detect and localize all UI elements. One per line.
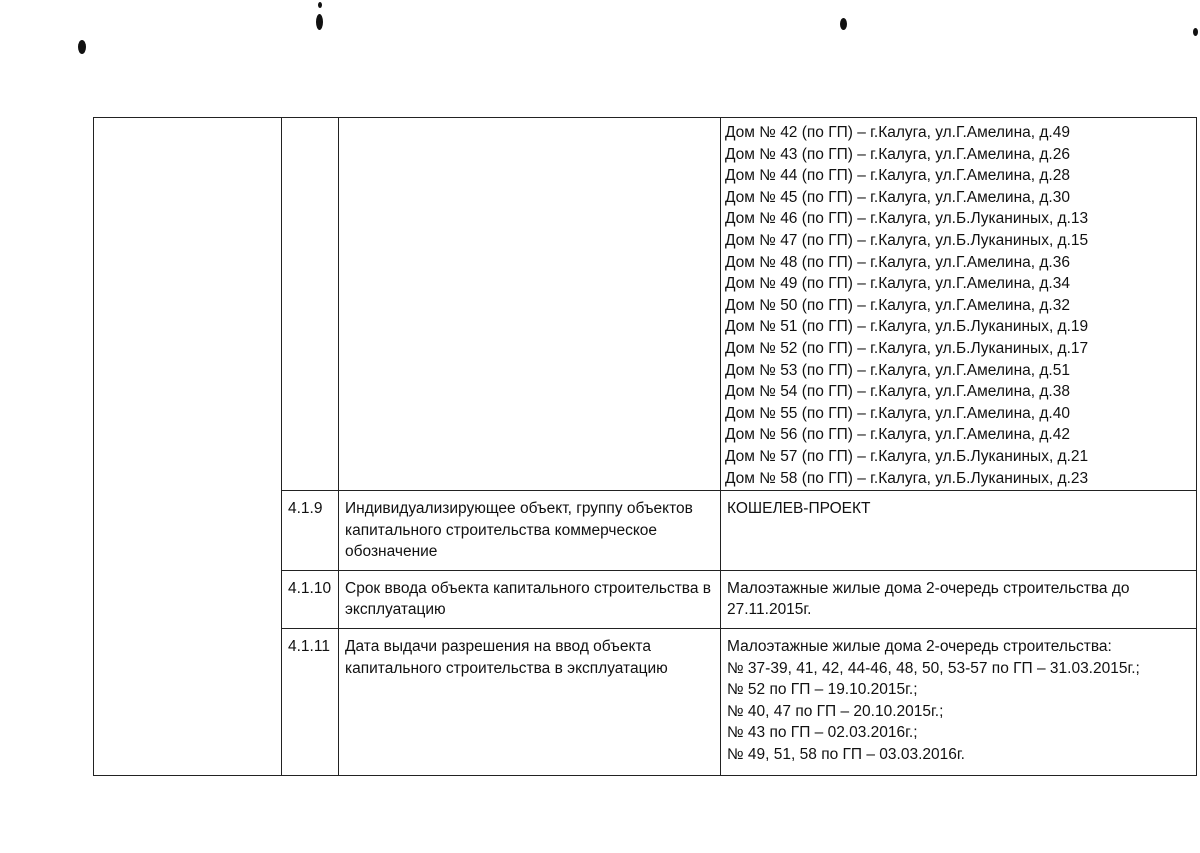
value-line: № 43 по ГП – 02.03.2016г.; [727,722,1190,744]
scan-speck [316,14,323,30]
house-entry: Дом № 44 (по ГП) – г.Калуга, ул.Г.Амелин… [725,165,1190,187]
scan-speck [78,40,86,54]
value-line: № 49, 51, 58 по ГП – 03.03.2016г. [727,744,1190,766]
house-entry: Дом № 54 (по ГП) – г.Калуга, ул.Г.Амелин… [725,381,1190,403]
scan-speck [840,18,847,30]
house-entry: Дом № 47 (по ГП) – г.Калуга, ул.Б.Лукани… [725,230,1190,252]
value-line: 27.11.2015г. [727,599,1190,621]
house-entry: Дом № 58 (по ГП) – г.Калуга, ул.Б.Лукани… [725,468,1190,490]
row-number: 4.1.11 [282,629,338,665]
section-cell [94,118,282,776]
house-entry: Дом № 43 (по ГП) – г.Калуга, ул.Г.Амелин… [725,144,1190,166]
row-value: Малоэтажные жилые дома 2-очередь строите… [721,571,1196,628]
house-entry: Дом № 56 (по ГП) – г.Калуга, ул.Г.Амелин… [725,424,1190,446]
value-line: КОШЕЛЕВ-ПРОЕКТ [727,498,1190,520]
value-line: Малоэтажные жилые дома 2-очередь строите… [727,636,1190,658]
house-entry: Дом № 49 (по ГП) – г.Калуга, ул.Г.Амелин… [725,273,1190,295]
row-value: Малоэтажные жилые дома 2-очередь строите… [721,629,1196,773]
value-line: Малоэтажные жилые дома 2-очередь строите… [727,578,1190,600]
house-entry: Дом № 48 (по ГП) – г.Калуга, ул.Г.Амелин… [725,252,1190,274]
house-entry: Дом № 52 (по ГП) – г.Калуга, ул.Б.Лукани… [725,338,1190,360]
house-entry: Дом № 57 (по ГП) – г.Калуга, ул.Б.Лукани… [725,446,1190,468]
houses-list: Дом № 42 (по ГП) – г.Калуга, ул.Г.Амелин… [721,118,1196,489]
row-number: 4.1.10 [282,571,338,607]
row-value: КОШЕЛЕВ-ПРОЕКТ [721,491,1196,527]
house-entry: Дом № 51 (по ГП) – г.Калуга, ул.Б.Лукани… [725,316,1190,338]
house-entry: Дом № 53 (по ГП) – г.Калуга, ул.Г.Амелин… [725,360,1190,382]
row-label: Дата выдачи разрешения на ввод объекта к… [339,629,720,686]
house-entry: Дом № 55 (по ГП) – г.Калуга, ул.Г.Амелин… [725,403,1190,425]
row-number: 4.1.9 [282,491,338,527]
table-row-houses: Дом № 42 (по ГП) – г.Калуга, ул.Г.Амелин… [94,118,1197,491]
house-entry: Дом № 45 (по ГП) – г.Калуга, ул.Г.Амелин… [725,187,1190,209]
value-line: № 52 по ГП – 19.10.2015г.; [727,679,1190,701]
scan-speck [318,2,322,8]
house-entry: Дом № 46 (по ГП) – г.Калуга, ул.Б.Лукани… [725,208,1190,230]
document-table: Дом № 42 (по ГП) – г.Калуга, ул.Г.Амелин… [93,117,1197,776]
value-line: № 37-39, 41, 42, 44-46, 48, 50, 53-57 по… [727,658,1190,680]
houses-list-cell: Дом № 42 (по ГП) – г.Калуга, ул.Г.Амелин… [721,118,1197,491]
house-entry: Дом № 50 (по ГП) – г.Калуга, ул.Г.Амелин… [725,295,1190,317]
row-label: Срок ввода объекта капитального строител… [339,571,720,628]
value-line: № 40, 47 по ГП – 20.10.2015г.; [727,701,1190,723]
label-cell [339,118,721,491]
house-entry: Дом № 42 (по ГП) – г.Калуга, ул.Г.Амелин… [725,122,1190,144]
number-cell [282,118,339,491]
scan-speck [1193,28,1198,36]
row-label: Индивидуализирующее объект, группу объек… [339,491,720,570]
